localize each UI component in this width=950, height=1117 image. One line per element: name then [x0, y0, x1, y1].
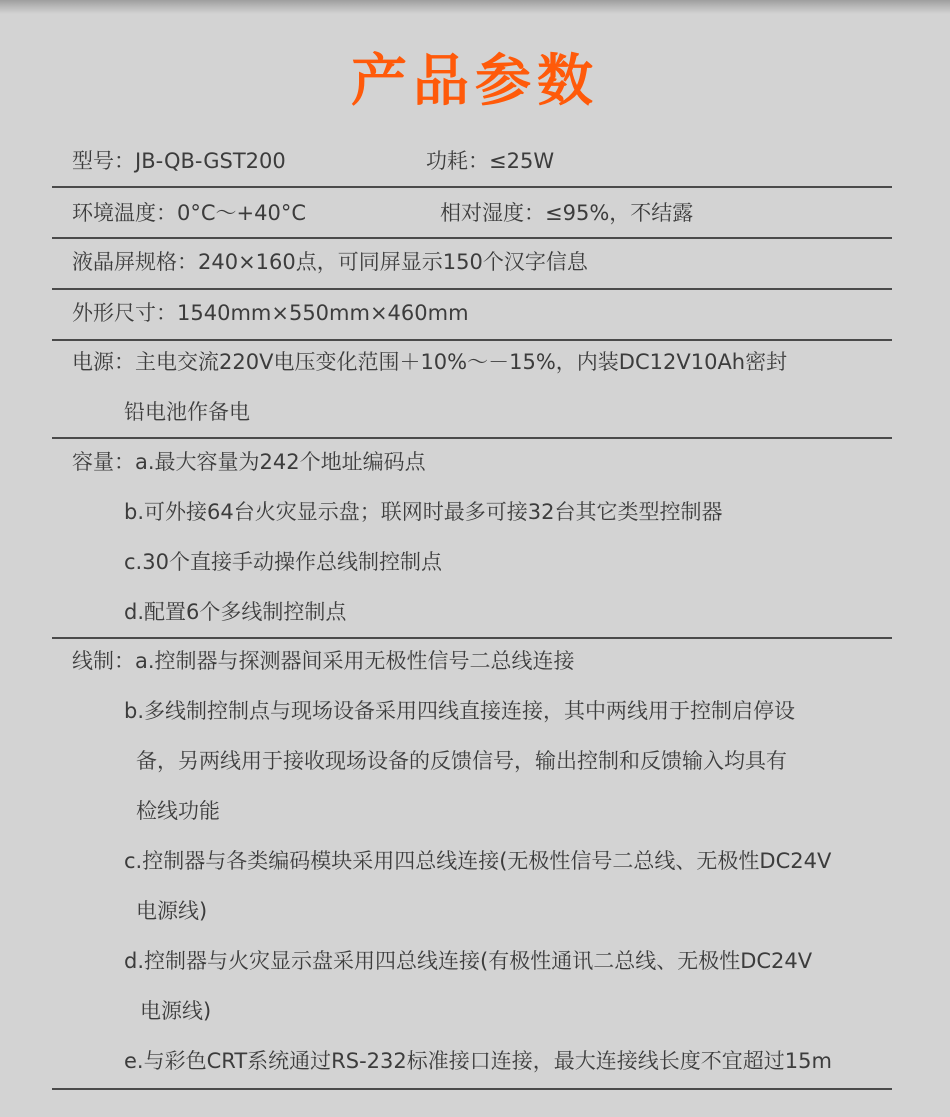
spec-row-temperature-humidity: 环境温度：0°C～+40°C 相对湿度：≤95%，不结露	[52, 188, 892, 239]
spec-wiring-b-line2: 备，另两线用于接收现场设备的反馈信号，输出控制和反馈输入均具有	[136, 746, 787, 776]
spec-ambient-temperature: 环境温度：0°C～+40°C	[72, 198, 306, 228]
page-title: 产品参数	[0, 44, 950, 120]
spec-power-consumption: 功耗：≤25W	[426, 146, 554, 176]
top-shadow-bar	[0, 0, 950, 14]
spec-row-capacity: 容量：a.最大容量为242个地址编码点 b.可外接64台火灾显示盘；联网时最多可…	[52, 439, 892, 639]
spec-row-dimensions: 外形尺寸：1540mm×550mm×460mm	[52, 290, 892, 341]
spec-wiring-c-line1: c.控制器与各类编码模块采用四总线连接(无极性信号二总线、无极性DC24V	[124, 846, 831, 876]
spec-wiring-d-line2: 电源线)	[140, 996, 211, 1026]
spec-capacity-a: 容量：a.最大容量为242个地址编码点	[72, 447, 426, 477]
spec-row-power-supply: 电源：主电交流220V电压变化范围＋10%～－15%，内装DC12V10Ah密封…	[52, 341, 892, 439]
spec-row-lcd: 液晶屏规格：240×160点，可同屏显示150个汉字信息	[52, 239, 892, 290]
spec-relative-humidity: 相对湿度：≤95%，不结露	[440, 198, 693, 228]
spec-power-supply-line2: 铅电池作备电	[124, 397, 250, 427]
spec-model: 型号：JB-QB-GST200	[72, 146, 286, 176]
spec-wiring-a: 线制：a.控制器与探测器间采用无极性信号二总线连接	[72, 646, 575, 676]
spec-capacity-c: c.30个直接手动操作总线制控制点	[124, 547, 442, 577]
spec-power-supply-line1: 电源：主电交流220V电压变化范围＋10%～－15%，内装DC12V10Ah密封	[72, 347, 787, 377]
spec-wiring-c-line2: 电源线)	[136, 896, 207, 926]
spec-capacity-d: d.配置6个多线制控制点	[124, 597, 346, 627]
spec-row-model-power: 型号：JB-QB-GST200 功耗：≤25W	[52, 140, 892, 188]
spec-dimensions: 外形尺寸：1540mm×550mm×460mm	[72, 298, 469, 328]
spec-wiring-d-line1: d.控制器与火灾显示盘采用四总线连接(有极性通讯二总线、无极性DC24V	[124, 946, 812, 976]
spec-capacity-b: b.可外接64台火灾显示盘；联网时最多可接32台其它类型控制器	[124, 497, 722, 527]
spec-wiring-b-line1: b.多线制控制点与现场设备采用四线直接连接，其中两线用于控制启停设	[124, 696, 795, 726]
spec-lcd: 液晶屏规格：240×160点，可同屏显示150个汉字信息	[72, 247, 588, 277]
spec-row-wiring: 线制：a.控制器与探测器间采用无极性信号二总线连接 b.多线制控制点与现场设备采…	[52, 639, 892, 1090]
spec-wiring-e: e.与彩色CRT系统通过RS-232标准接口连接，最大连接线长度不宜超过15m	[124, 1046, 832, 1076]
spec-wiring-b-line3: 检线功能	[136, 796, 220, 826]
